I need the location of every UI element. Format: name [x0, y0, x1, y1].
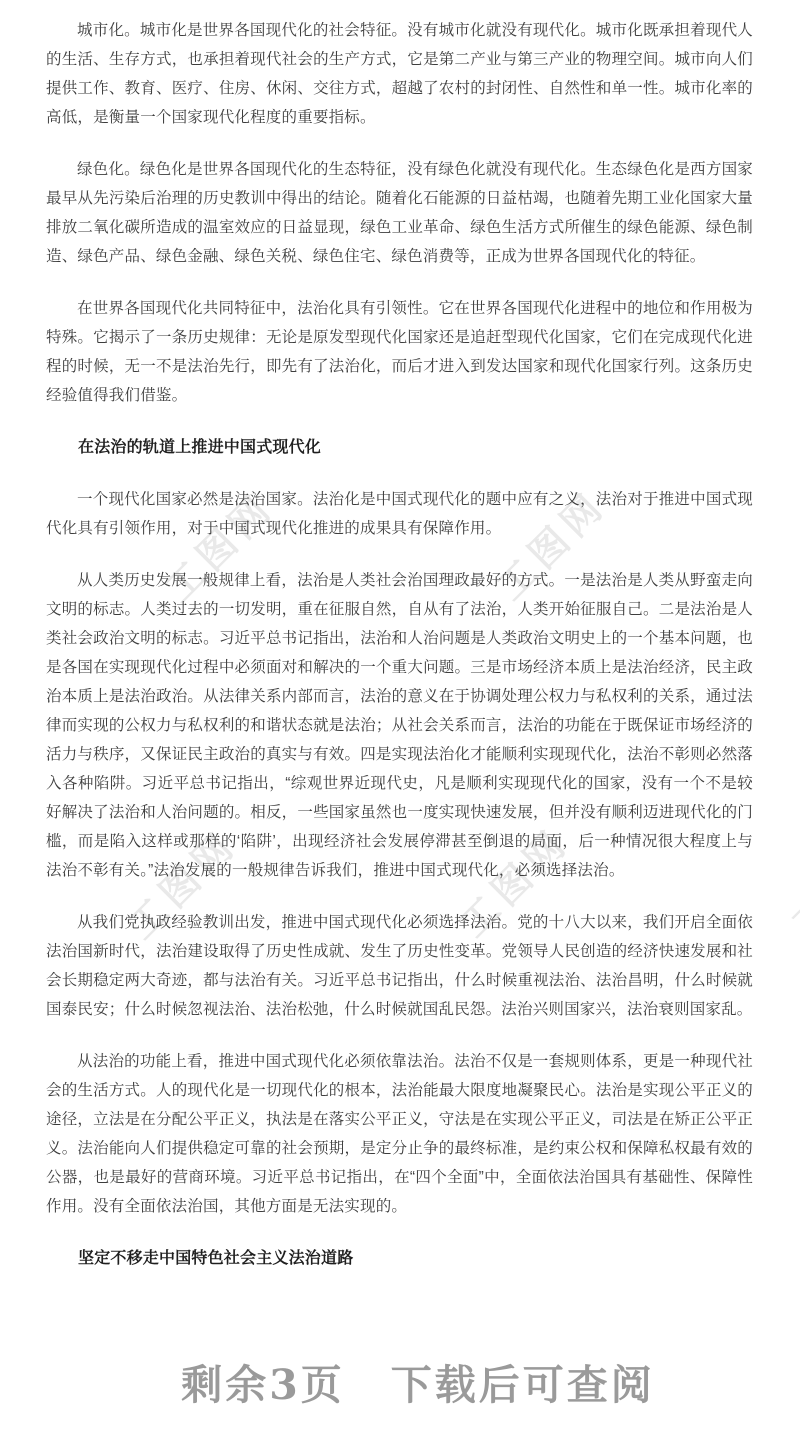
body-paragraph: 一个现代化国家必然是法治国家。法治化是中国式现代化的题中应有之义，法治对于推进中…: [46, 485, 753, 543]
site-watermark: 工图网: [777, 813, 800, 947]
body-paragraph: 从法治的功能上看，推进中国式现代化必须依靠法治。法治不仅是一套规则体系，更是一种…: [46, 1047, 753, 1221]
remaining-pages-notice: 剩余3页下载后可查阅: [0, 1352, 800, 1411]
body-paragraph: 城市化。城市化是世界各国现代化的社会特征。没有城市化就没有现代化。城市化既承担着…: [46, 16, 753, 132]
body-paragraph: 从人类历史发展一般规律上看，法治是人类社会治国理政最好的方式。一是法治是人类从野…: [46, 566, 753, 885]
document-preview-page: 工图网工图网工图网工图网工图网工图网 城市化。城市化是世界各国现代化的社会特征。…: [0, 0, 800, 1454]
body-paragraph: 在世界各国现代化共同特征中，法治化具有引领性。它在世界各国现代化进程中的地位和作…: [46, 294, 753, 410]
document-content: 城市化。城市化是世界各国现代化的社会特征。没有城市化就没有现代化。城市化既承担着…: [46, 16, 753, 1296]
body-paragraph: 从我们党执政经验教训出发，推进中国式现代化必须选择法治。党的十八大以来，我们开启…: [46, 908, 753, 1024]
section-heading: 坚定不移走中国特色社会主义法治道路: [46, 1244, 753, 1273]
remaining-pages-count: 剩余3页: [181, 1361, 345, 1409]
download-to-view-hint: 下载后可查阅: [391, 1361, 655, 1409]
section-heading: 在法治的轨道上推进中国式现代化: [46, 433, 753, 462]
body-paragraph: 绿色化。绿色化是世界各国现代化的生态特征，没有绿色化就没有现代化。生态绿色化是西…: [46, 155, 753, 271]
